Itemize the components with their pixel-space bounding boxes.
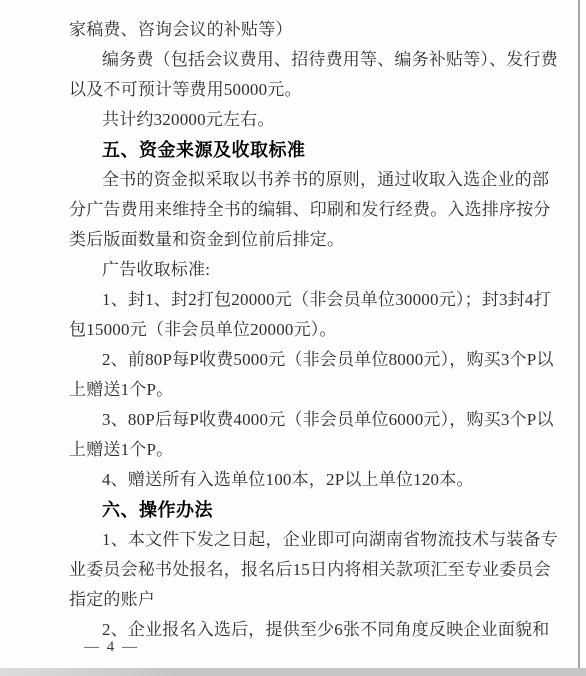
text-line: 家稿费、咨询会议的补贴等） [69, 15, 526, 45]
document-page: 家稿费、咨询会议的补贴等） 编务费（包括会议费用、招待费用等、编务补贴等）、发行… [0, 0, 586, 676]
text-line: 以及不可预计等费用50000元。 [69, 75, 526, 105]
text-line: 业委员会秘书处报名，报名后15日内将相关款项汇至专业委员会 [69, 555, 526, 585]
text-line: 共计约320000元左右。 [69, 105, 526, 135]
text-line: 1、本文件下发之日起，企业即可向湖南省物流技术与装备专 [69, 525, 526, 555]
text-line: 3、80P后每P收费4000元（非会员单位6000元），购买3个P以 [69, 405, 526, 435]
text-line: 广告收取标准: [69, 255, 526, 285]
text-line: 分广告费用来维持全书的编辑、印刷和发行经费。入选排序按分 [69, 195, 526, 225]
text-line: 编务费（包括会议费用、招待费用等、编务补贴等）、发行费 [69, 45, 526, 75]
page-number: — 4 — [84, 639, 139, 656]
text-line: 上赠送1个P。 [69, 375, 526, 405]
text-line: 1、封1、封2打包20000元（非会员单位30000元）；封3封4打 [69, 285, 526, 315]
text-line: 上赠送1个P。 [69, 435, 526, 465]
text-line: 2、前80P每P收费5000元（非会员单位8000元），购买3个P以 [69, 345, 526, 375]
text-line: 指定的账户 [69, 585, 526, 615]
heading-section-6-procedure: 六、操作办法 [69, 495, 526, 525]
scan-bottom-edge [0, 668, 586, 676]
document-body: 家稿费、咨询会议的补贴等） 编务费（包括会议费用、招待费用等、编务补贴等）、发行… [69, 15, 526, 645]
heading-section-5-funding: 五、资金来源及收取标准 [69, 135, 526, 165]
text-line: 全书的资金拟采取以书养书的原则，通过收取入选企业的部 [69, 165, 526, 195]
scan-right-edge-line [578, 0, 580, 668]
text-line: 包15000元（非会员单位20000元）。 [69, 315, 526, 345]
text-line: 类后版面数量和资金到位前后排定。 [69, 225, 526, 255]
text-line: 4、赠送所有入选单位100本，2P以上单位120本。 [69, 465, 526, 495]
